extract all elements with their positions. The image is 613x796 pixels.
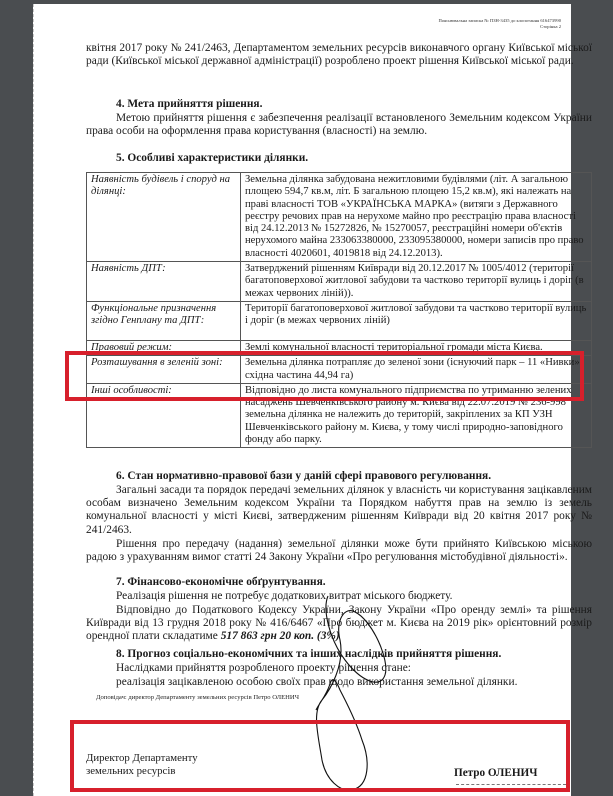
highlight-box-signature [70, 720, 570, 792]
highlight-box-legal-status [65, 351, 584, 401]
